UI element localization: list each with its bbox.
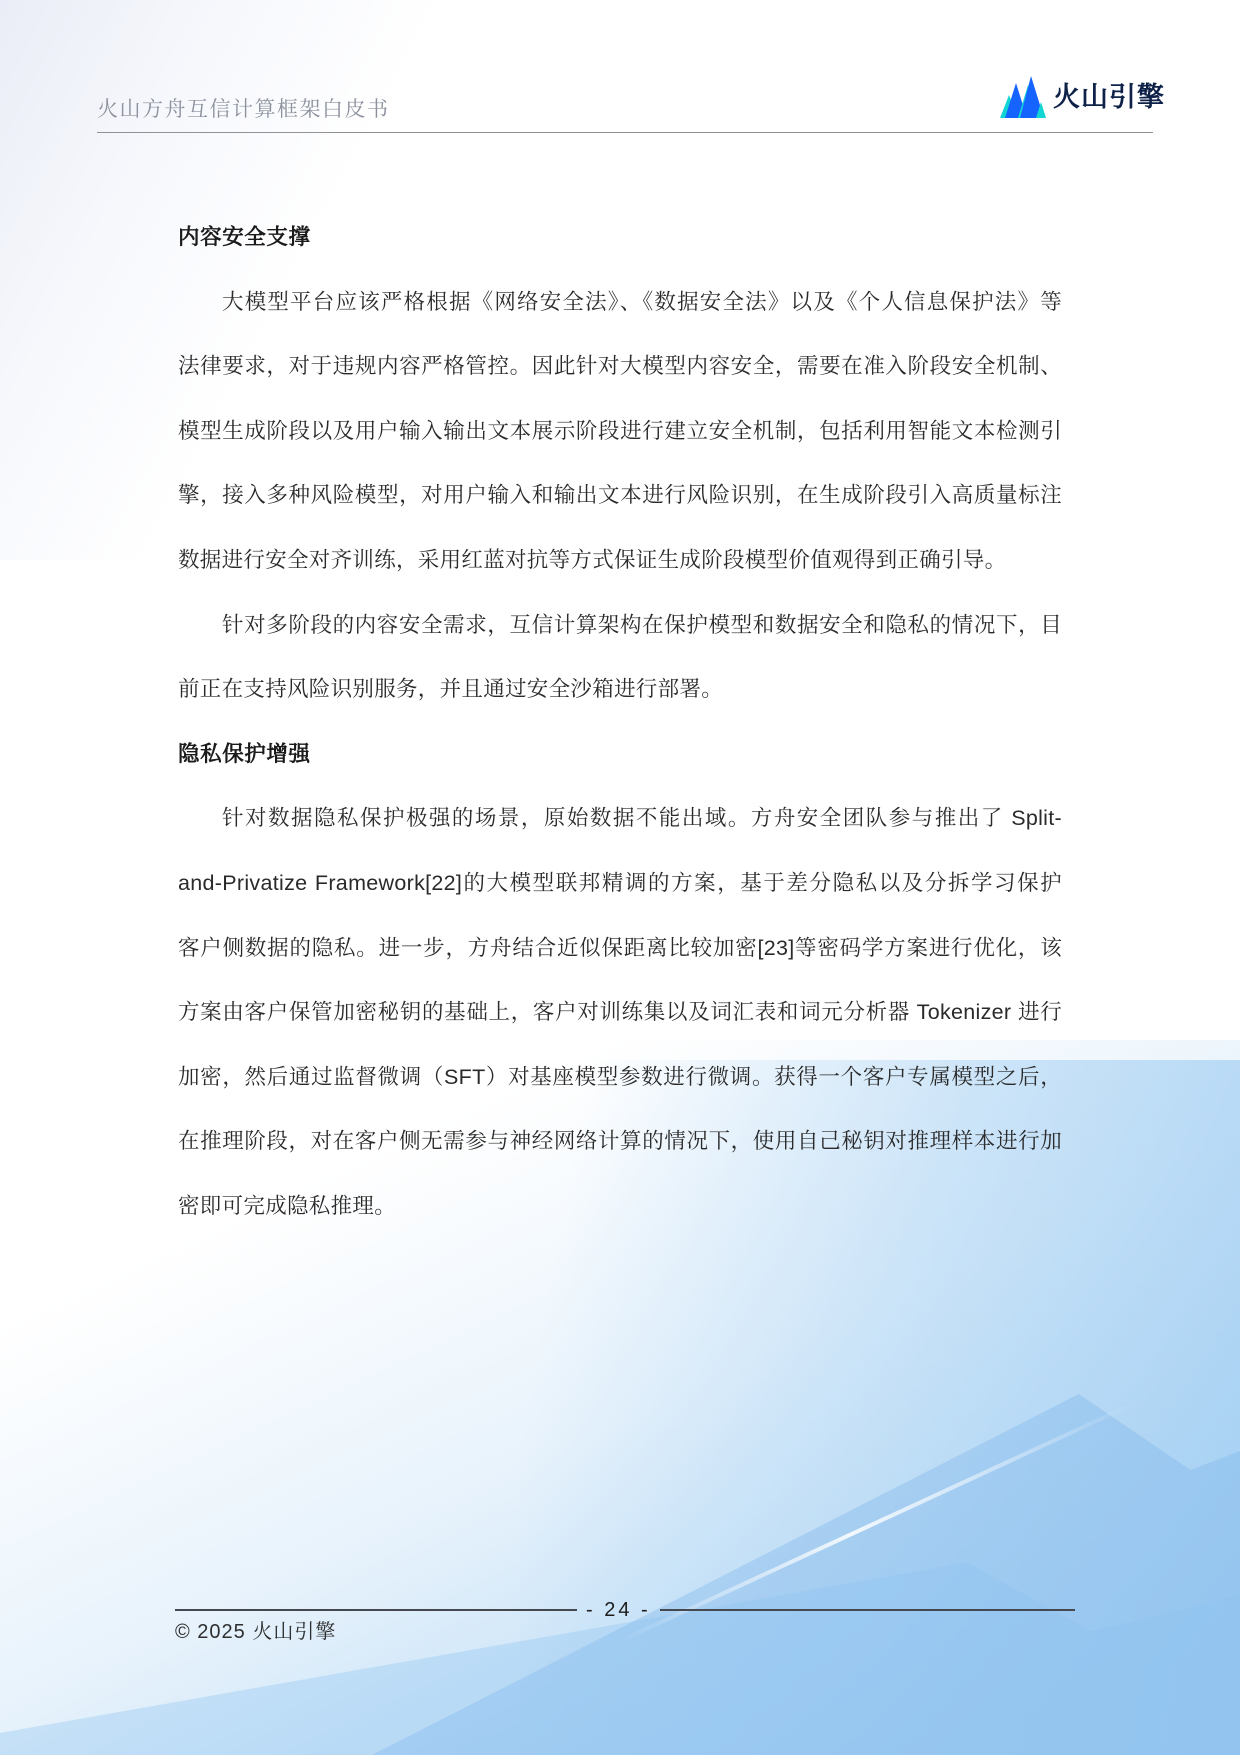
page-number: - 24 -: [586, 1599, 651, 1622]
paragraph-line: 擎，接入多种风险模型，对用户输入和输出文本进行风险识别，在生成阶段引入高质量标注: [178, 463, 1062, 528]
paragraph-line: 大模型平台应该严格根据《网络安全法》、《数据安全法》以及《个人信息保护法》等: [178, 270, 1062, 335]
paragraph-line: 法律要求，对于违规内容严格管控。因此针对大模型内容安全，需要在准入阶段安全机制、: [178, 334, 1062, 399]
paragraph-line: 在推理阶段，对在客户侧无需参与神经网络计算的情况下，使用自己秘钥对推理样本进行加: [178, 1109, 1062, 1174]
document-page: 火山方舟互信计算框架白皮书 火山引擎 内容安全支撑大模型平台应该严格根据《网络安…: [0, 0, 1240, 1755]
paragraph-line: 方案由客户保管加密秘钥的基础上，客户对训练集以及词汇表和词元分析器 Tokeni…: [178, 980, 1062, 1045]
volcengine-mountain-icon: [999, 76, 1046, 118]
volcengine-logo-text: 火山引擎: [1053, 76, 1165, 118]
paragraph-line: 前正在支持风险识别服务，并且通过安全沙箱进行部署。: [178, 657, 1062, 722]
paragraph-line: 数据进行安全对齐训练，采用红蓝对抗等方式保证生成阶段模型价值观得到正确引导。: [178, 528, 1062, 593]
document-body: 内容安全支撑大模型平台应该严格根据《网络安全法》、《数据安全法》以及《个人信息保…: [178, 205, 1062, 1239]
section-heading: 隐私保护增强: [178, 722, 1062, 787]
paragraph-line: 模型生成阶段以及用户输入输出文本展示阶段进行建立安全机制，包括利用智能文本检测引: [178, 399, 1062, 464]
header-divider: [97, 132, 1153, 133]
volcengine-logo: 火山引擎: [999, 76, 1165, 118]
header-doc-title: 火山方舟互信计算框架白皮书: [97, 93, 390, 123]
paragraph-line: 密即可完成隐私推理。: [178, 1174, 1062, 1239]
paragraph-line: and-Privatize Framework[22]的大模型联邦精调的方案，基…: [178, 851, 1062, 916]
section-heading: 内容安全支撑: [178, 205, 1062, 270]
footer-rule-right: [660, 1609, 1075, 1611]
paragraph-line: 加密，然后通过监督微调（SFT）对基座模型参数进行微调。获得一个客户专属模型之后…: [178, 1045, 1062, 1110]
paragraph-line: 针对数据隐私保护极强的场景，原始数据不能出域。方舟安全团队参与推出了 Split…: [178, 786, 1062, 851]
paragraph-line: 客户侧数据的隐私。进一步，方舟结合近似保距离比较加密[23]等密码学方案进行优化…: [178, 916, 1062, 981]
footer-rule-left: [175, 1609, 577, 1611]
copyright-text: © 2025 火山引擎: [175, 1618, 336, 1646]
paragraph-line: 针对多阶段的内容安全需求，互信计算架构在保护模型和数据安全和隐私的情况下，目: [178, 593, 1062, 658]
